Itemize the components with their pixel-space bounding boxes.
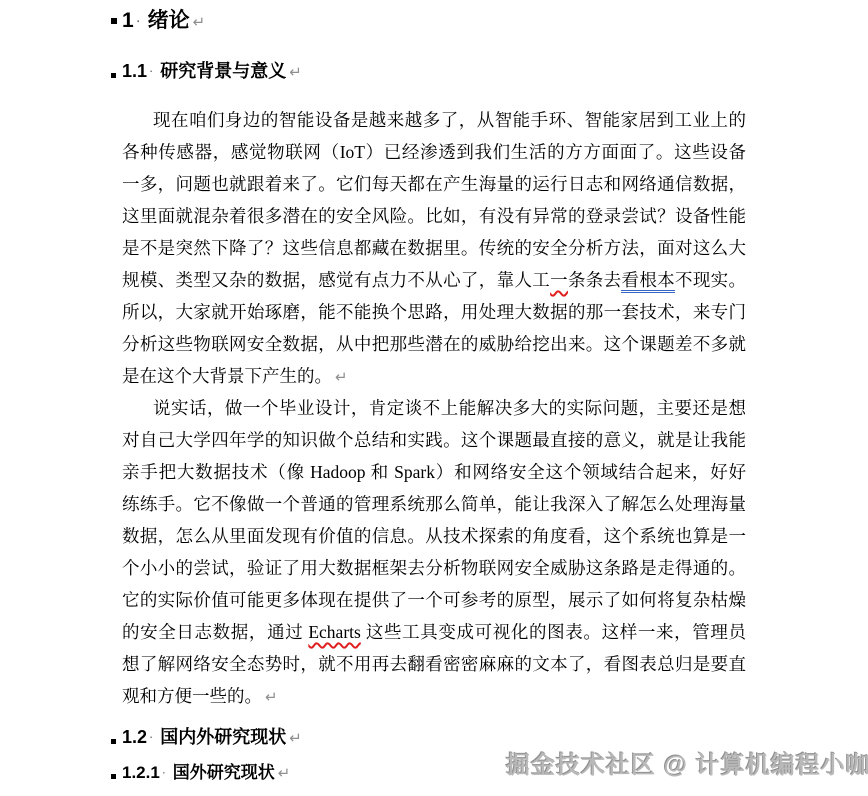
heading-anchor-square-icon <box>111 774 116 779</box>
space-mark: · <box>149 730 153 744</box>
text-segment: 这里面就混杂着很多潜在的安全风险。比如，有没有异常的登录尝试？设备性能 <box>122 206 746 226</box>
heading-anchor-square-icon <box>111 73 116 78</box>
text-segment: 分析这些物联网安全数据，从中把那些潜在的威胁给挖出来。这个课题差不多就 <box>122 334 746 354</box>
paragraph-mark: ↵ <box>289 729 302 747</box>
paragraph-mark: ↵ <box>289 63 302 81</box>
text-line: 这里面就混杂着很多潜在的安全风险。比如，有没有异常的登录尝试？设备性能 <box>122 200 746 232</box>
space-mark: · <box>162 765 166 779</box>
grammar-error-text: 看根本 <box>621 270 675 293</box>
paragraph: 说实话，做一个毕业设计，肯定谈不上能解决多大的实际问题，主要还是想对自己大学四年… <box>122 392 746 712</box>
text-line: 是在这个大背景下产生的。↵ <box>122 360 746 392</box>
text-segment: 它的实际价值可能更多体现在提供了一个可参考的原型，展示了如何将复杂枯燥 <box>122 590 746 610</box>
text-line: 所以，大家就开始琢磨，能不能换个思路，用处理大数据的那一套技术，来专门 <box>122 296 746 328</box>
heading-label: 绪论 <box>148 9 190 32</box>
text-line: 个小小的尝试，验证了用大数据框架去分析物联网安全威胁这条路是走得通的。 <box>122 552 746 584</box>
text-line: 对自己大学四年学的知识做个总结和实践。这个课题最直接的意义，就是让我能 <box>122 424 746 456</box>
text-line: 的安全日志数据，通过 Echarts 这些工具变成可视化的图表。这样一来，管理员 <box>122 616 746 648</box>
document-page: { "marks": { "pilcrow": "↵", "space": "·… <box>0 0 868 796</box>
text-line: 练练手。它不像做一个普通的管理系统那么简单，能让我深入了解怎么处理海量 <box>122 488 746 520</box>
text-line: 亲手把大数据技术（像 Hadoop 和 Spark）和网络安全这个领域结合起来，… <box>122 456 746 488</box>
heading-number: 1.2 <box>122 727 147 747</box>
heading-1.1: 1.1·研究背景与意义↵ <box>122 59 746 84</box>
text-segment: 规模、类型又杂的数据，感觉有点力不从心了，靠人工 <box>122 270 550 290</box>
text-line: 说实话，做一个毕业设计，肯定谈不上能解决多大的实际问题，主要还是想 <box>122 392 746 424</box>
text-line: 规模、类型又杂的数据，感觉有点力不从心了，靠人工一条条去看根本不现实。 <box>122 264 746 296</box>
text-segment: 的安全日志数据，通过 <box>122 622 308 642</box>
paragraph-mark: ↵ <box>278 764 291 782</box>
text-line: 一多，问题也就跟着来了。它们每天都在产生海量的运行日志和网络通信数据， <box>122 168 746 200</box>
heading-label: 国外研究现状 <box>173 763 275 782</box>
space-mark: · <box>136 13 141 29</box>
text-segment: 想了解网络安全态势时，就不用再去翻看密密麻麻的文本了，看图表总归是要直 <box>122 654 746 674</box>
text-line: 数据，怎么从里面发现有价值的信息。从技术探索的角度看，这个系统也算是一 <box>122 520 746 552</box>
spell-error-text: Echarts <box>308 622 360 642</box>
heading-anchor-square-icon <box>111 18 117 24</box>
heading-anchor-square-icon <box>111 739 116 744</box>
text-segment: 是不是突然下降了？这些信息都藏在数据里。传统的安全分析方法，面对这么大 <box>122 238 746 258</box>
text-segment: 是在这个大背景下产生的。 <box>122 366 332 386</box>
heading-label: 研究背景与意义 <box>160 61 286 81</box>
text-segment: 练练手。它不像做一个普通的管理系统那么简单，能让我深入了解怎么处理海量 <box>122 494 746 514</box>
text-segment: 说实话，做一个毕业设计，肯定谈不上能解决多大的实际问题，主要还是想 <box>153 398 746 418</box>
text-segment: 观和方便一些的。 <box>122 686 262 706</box>
space-mark: · <box>149 64 153 78</box>
text-segment: 条条去 <box>568 270 622 290</box>
text-line: 观和方便一些的。↵ <box>122 680 746 712</box>
paragraph-mark: ↵ <box>335 368 348 386</box>
heading-number: 1.1 <box>122 61 147 81</box>
heading-number: 1.2.1 <box>122 763 160 782</box>
text-segment: 各种传感器，感觉物联网（IoT）已经渗透到我们生活的方方面面了。这些设备 <box>122 142 746 162</box>
text-line: 分析这些物联网安全数据，从中把那些潜在的威胁给挖出来。这个课题差不多就 <box>122 328 746 360</box>
paragraph-mark: ↵ <box>193 13 206 31</box>
text-line: 各种传感器，感觉物联网（IoT）已经渗透到我们生活的方方面面了。这些设备 <box>122 136 746 168</box>
heading-number: 1 <box>122 9 134 32</box>
text-segment: 对自己大学四年学的知识做个总结和实践。这个课题最直接的意义，就是让我能 <box>122 430 746 450</box>
paragraph: 现在咱们身边的智能设备是越来越多了，从智能手环、智能家居到工业上的各种传感器，感… <box>122 104 746 392</box>
text-line: 想了解网络安全态势时，就不用再去翻看密密麻麻的文本了，看图表总归是要直 <box>122 648 746 680</box>
document-content: 1·绪论↵1.1·研究背景与意义↵现在咱们身边的智能设备是越来越多了，从智能手环… <box>122 0 746 785</box>
watermark: 掘金技术社区 @ 计算机编程小咖 <box>506 745 868 780</box>
text-segment: 个小小的尝试，验证了用大数据框架去分析物联网安全威胁这条路是走得通的。 <box>122 558 746 578</box>
text-segment: 这些工具变成可视化的图表。这样一来，管理员 <box>361 622 746 642</box>
paragraph-mark: ↵ <box>265 688 278 706</box>
text-segment: 所以，大家就开始琢磨，能不能换个思路，用处理大数据的那一套技术，来专门 <box>122 302 746 322</box>
text-segment: 一多，问题也就跟着来了。它们每天都在产生海量的运行日志和网络通信数据， <box>122 174 746 194</box>
text-segment: 亲手把大数据技术（像 Hadoop 和 Spark）和网络安全这个领域结合起来，… <box>122 462 746 482</box>
spell-error-text: 一 <box>550 270 568 290</box>
heading-1: 1·绪论↵ <box>122 8 746 35</box>
heading-label: 国内外研究现状 <box>160 727 286 747</box>
text-segment: 不现实。 <box>675 270 746 290</box>
text-segment: 数据，怎么从里面发现有价值的信息。从技术探索的角度看，这个系统也算是一 <box>122 526 746 546</box>
text-line: 是不是突然下降了？这些信息都藏在数据里。传统的安全分析方法，面对这么大 <box>122 232 746 264</box>
text-line: 现在咱们身边的智能设备是越来越多了，从智能手环、智能家居到工业上的 <box>122 104 746 136</box>
text-line: 它的实际价值可能更多体现在提供了一个可参考的原型，展示了如何将复杂枯燥 <box>122 584 746 616</box>
text-segment: 现在咱们身边的智能设备是越来越多了，从智能手环、智能家居到工业上的 <box>153 110 746 130</box>
